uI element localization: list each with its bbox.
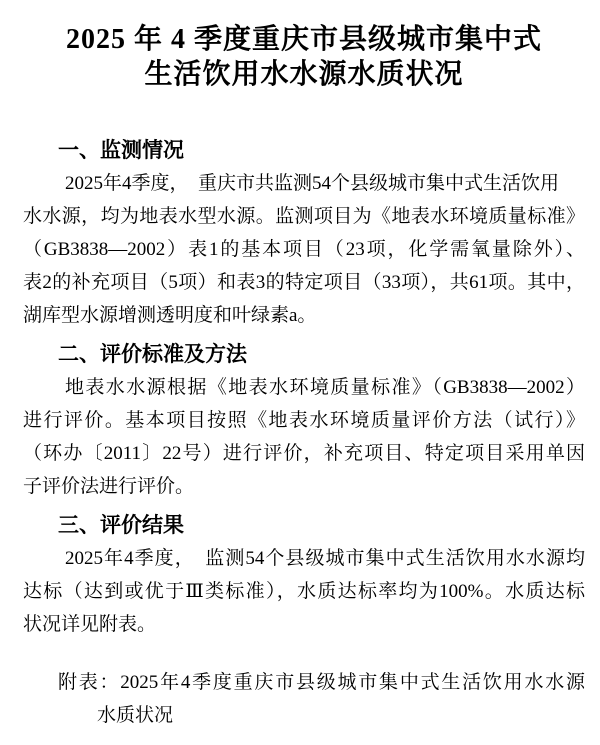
section-heading-results: 三、评价结果 (23, 509, 585, 542)
section-heading-monitoring: 一、监测情况 (23, 134, 585, 167)
document-page: 2025 年 4 季度重庆市县级城市集中式 生活饮用水水源水质状况 一、监测情况… (0, 0, 600, 745)
text-line: 表2的补充项目（5项）和表3的特定项目（33项），共61项。其中， (23, 266, 585, 299)
section-paragraph-results: 2025年4季度， 监测54个县级城市集中式生活饮用水水源均达标（达到或优于Ⅲ类… (23, 542, 585, 641)
section-results: 三、评价结果 2025年4季度， 监测54个县级城市集中式生活饮用水水源均达标（… (23, 509, 585, 641)
section-paragraph-monitoring: 2025年4季度， 重庆市共监测54个县级城市集中式生活饮用水水源，均为地表水型… (23, 167, 585, 332)
text-line: 地表水水源根据《地表水环境质量标准》（GB3838—2002） (23, 371, 585, 404)
document-title-line2: 生活饮用水水源水质状况 (23, 57, 585, 92)
appendix-note: 附表：2025年4季度重庆市县级城市集中式生活饮用水水源 水质状况 (23, 666, 585, 732)
text-line: 子评价法进行评价。 (23, 470, 585, 503)
text-line: 湖库型水源增测透明度和叶绿素a。 (23, 299, 585, 332)
section-paragraph-standards-methods: 地表水水源根据《地表水环境质量标准》（GB3838—2002）进行评价。基本项目… (23, 371, 585, 503)
appendix-note-line2: 水质状况 (23, 699, 585, 732)
section-standards-methods: 二、评价标准及方法 地表水水源根据《地表水环境质量标准》（GB3838—2002… (23, 338, 585, 503)
text-line: 进行评价。基本项目按照《地表水环境质量评价方法（试行）》 (23, 404, 585, 437)
text-line: 2025年4季度， 重庆市共监测54个县级城市集中式生活饮用 (23, 167, 585, 200)
text-line: 达标（达到或优于Ⅲ类标准），水质达标率均为100%。水质达标 (23, 575, 585, 608)
section-monitoring: 一、监测情况 2025年4季度， 重庆市共监测54个县级城市集中式生活饮用水水源… (23, 134, 585, 332)
document-title: 2025 年 4 季度重庆市县级城市集中式 生活饮用水水源水质状况 (23, 22, 585, 92)
document-title-line1: 2025 年 4 季度重庆市县级城市集中式 (23, 22, 585, 57)
appendix-note-line1: 附表：2025年4季度重庆市县级城市集中式生活饮用水水源 (23, 666, 585, 699)
text-line: 状况详见附表。 (23, 608, 585, 641)
text-line: 水水源，均为地表水型水源。监测项目为《地表水环境质量标准》 (23, 200, 585, 233)
text-line: （GB3838—2002）表1的基本项目（23项，化学需氧量除外）、 (23, 233, 585, 266)
text-line: （环办〔2011〕22号）进行评价，补充项目、特定项目采用单因 (23, 437, 585, 470)
section-heading-standards-methods: 二、评价标准及方法 (23, 338, 585, 371)
text-line: 2025年4季度， 监测54个县级城市集中式生活饮用水水源均 (23, 542, 585, 575)
